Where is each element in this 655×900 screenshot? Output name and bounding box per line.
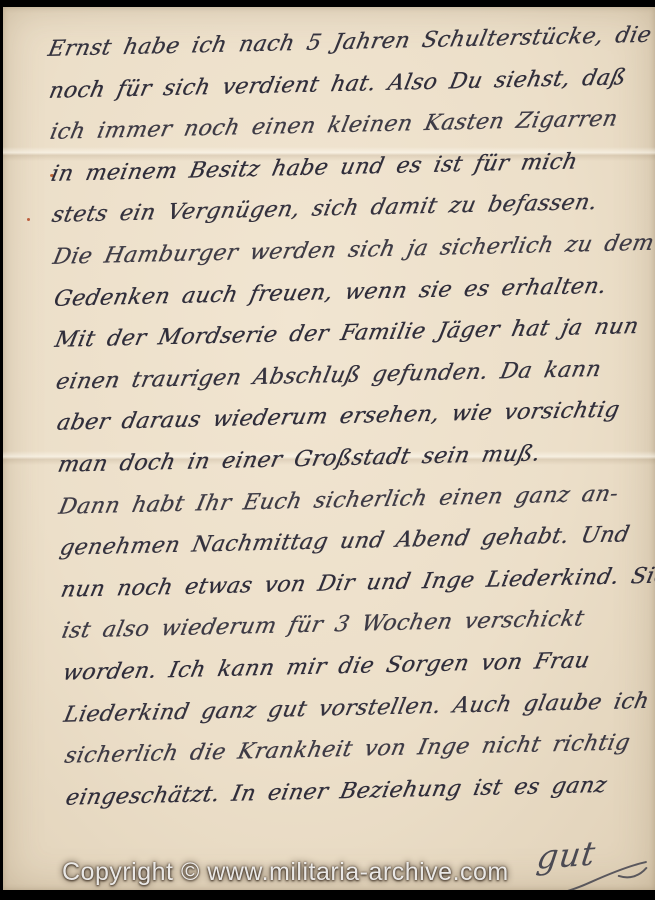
scan-border-top (0, 0, 655, 7)
ink-speck (27, 218, 30, 221)
scan-border-left (0, 0, 3, 900)
watermark-text: Copyright © www.militaria-archive.com (62, 858, 509, 887)
letter-paper: Ernst habe ich nach 5 Jahren Schulterstü… (3, 7, 655, 890)
handwritten-text-block: Ernst habe ich nach 5 Jahren Schulterstü… (43, 14, 655, 819)
scanned-letter: Ernst habe ich nach 5 Jahren Schulterstü… (0, 0, 655, 900)
scan-border-bottom (0, 890, 655, 900)
